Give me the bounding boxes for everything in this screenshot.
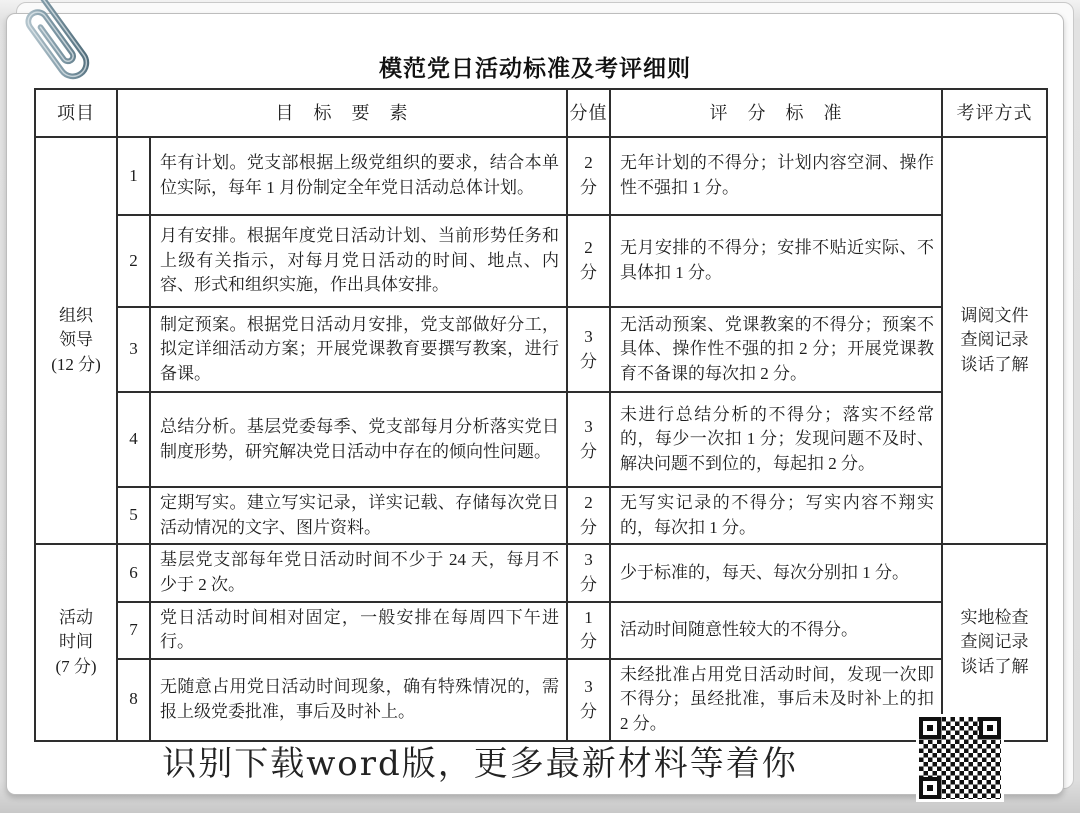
target-cell: 定期写实。建立写实记录，详实记载、存储每次党日活动情况的文字、图片资料。 <box>150 487 567 544</box>
target-cell: 月有安排。根据年度党日活动计划、当前形势任务和上级有关指示，对每月党日活动的时间… <box>150 215 567 307</box>
scanned-document-page: { "page": { "title": "模范党日活动标准及考评细则", "f… <box>0 0 1080 813</box>
score-unit: 分 <box>568 573 609 598</box>
qr-finder-icon <box>919 777 941 799</box>
row-number-cell: 5 <box>117 487 150 544</box>
criteria-cell: 无活动预案、党课教案的不得分；预案不具体、操作性不强的扣 2 分；开展党课教育不… <box>610 307 942 392</box>
score-unit: 分 <box>568 176 609 201</box>
target-cell: 无随意占用党日活动时间现象，确有特殊情况的，需报上级党委批准，事后及时补上。 <box>150 659 567 741</box>
column-header-method: 考评方式 <box>942 89 1047 137</box>
table-row: 8 无随意占用党日活动时间现象，确有特殊情况的，需报上级党委批准，事后及时补上。… <box>35 659 1047 741</box>
qr-finder-icon <box>919 717 941 739</box>
column-header-item: 项目 <box>35 89 117 137</box>
score-number: 1 <box>568 606 609 631</box>
criteria-cell: 少于标准的，每天、每次分别扣 1 分。 <box>610 544 942 601</box>
score-number: 2 <box>568 491 609 516</box>
criteria-cell: 无月安排的不得分；安排不贴近实际、不具体扣 1 分。 <box>610 215 942 307</box>
score-cell: 3 分 <box>567 659 610 741</box>
score-number: 2 <box>568 236 609 261</box>
download-promo-text: 识别下载word版，更多最新材料等着你 <box>97 736 863 785</box>
table-row: 5 定期写实。建立写实记录，详实记载、存储每次党日活动情况的文字、图片资料。 2… <box>35 487 1047 544</box>
column-header-score: 分值 <box>567 89 610 137</box>
score-cell: 3 分 <box>567 307 610 392</box>
score-unit: 分 <box>568 350 609 375</box>
score-number: 3 <box>568 548 609 573</box>
score-cell: 2 分 <box>567 215 610 307</box>
table-row: 2 月有安排。根据年度党日活动计划、当前形势任务和上级有关指示，对每月党日活动的… <box>35 215 1047 307</box>
qr-finder-icon <box>979 717 1001 739</box>
target-cell: 总结分析。基层党委每季、党支部每月分析落实党日制度形势，研究解决党日活动中存在的… <box>150 392 567 487</box>
row-number-cell: 1 <box>117 137 150 215</box>
method-cell: 调阅文件 查阅记录 谈话了解 <box>942 137 1047 544</box>
table-row: 7 党日活动时间相对固定，一般安排在每周四下午进行。 1 分 活动时间随意性较大… <box>35 602 1047 659</box>
target-cell: 基层党支部每年党日活动时间不少于 24 天，每月不少于 2 次。 <box>150 544 567 601</box>
row-number-cell: 2 <box>117 215 150 307</box>
row-number-cell: 3 <box>117 307 150 392</box>
table-row: 3 制定预案。根据党日活动月安排，党支部做好分工，拟定详细活动方案；开展党课教育… <box>35 307 1047 392</box>
target-cell: 年有计划。党支部根据上级党组织的要求，结合本单位实际，每年 1 月份制定全年党日… <box>150 137 567 215</box>
row-number-cell: 6 <box>117 544 150 601</box>
criteria-cell: 活动时间随意性较大的不得分。 <box>610 602 942 659</box>
score-unit: 分 <box>568 700 609 725</box>
score-unit: 分 <box>568 261 609 286</box>
criteria-cell: 无写实记录的不得分；写实内容不翔实的，每次扣 1 分。 <box>610 487 942 544</box>
method-cell: 实地检查 查阅记录 谈话了解 <box>942 544 1047 740</box>
score-number: 3 <box>568 675 609 700</box>
table-header-row: 项目 目 标 要 素 分值 评 分 标 准 考评方式 <box>35 89 1047 137</box>
score-cell: 2 分 <box>567 487 610 544</box>
document-page: 模范党日活动标准及考评细则 项目 目 标 要 素 分值 评 分 标 准 考评方式… <box>6 13 1064 795</box>
criteria-cell: 未进行总结分析的不得分；落实不经常的，每少一次扣 1 分；发现问题不及时、解决问… <box>610 392 942 487</box>
column-header-target: 目 标 要 素 <box>117 89 567 137</box>
qr-code <box>919 717 1001 799</box>
row-number-cell: 7 <box>117 602 150 659</box>
score-unit: 分 <box>568 440 609 465</box>
score-cell: 3 分 <box>567 392 610 487</box>
standards-table: 项目 目 标 要 素 分值 评 分 标 准 考评方式 组织 领导 (12 分) … <box>34 88 1048 742</box>
table-row: 4 总结分析。基层党委每季、党支部每月分析落实党日制度形势，研究解决党日活动中存… <box>35 392 1047 487</box>
target-cell: 党日活动时间相对固定，一般安排在每周四下午进行。 <box>150 602 567 659</box>
project-group-cell: 活动 时间 (7 分) <box>35 544 117 740</box>
column-header-criteria: 评 分 标 准 <box>610 89 942 137</box>
table-row: 组织 领导 (12 分) 1 年有计划。党支部根据上级党组织的要求，结合本单位实… <box>35 137 1047 215</box>
score-number: 3 <box>568 325 609 350</box>
score-cell: 1 分 <box>567 602 610 659</box>
project-group-cell: 组织 领导 (12 分) <box>35 137 117 544</box>
score-cell: 3 分 <box>567 544 610 601</box>
target-cell: 制定预案。根据党日活动月安排，党支部做好分工，拟定详细活动方案；开展党课教育要撰… <box>150 307 567 392</box>
score-number: 3 <box>568 415 609 440</box>
score-cell: 2 分 <box>567 137 610 215</box>
page-title: 模范党日活动标准及考评细则 <box>7 50 1063 83</box>
criteria-cell: 未经批准占用党日活动时间，发现一次即不得分；虽经批准，事后未及时补上的扣 2 分… <box>610 659 942 741</box>
row-number-cell: 4 <box>117 392 150 487</box>
score-unit: 分 <box>568 516 609 541</box>
score-unit: 分 <box>568 630 609 655</box>
table-row: 活动 时间 (7 分) 6 基层党支部每年党日活动时间不少于 24 天，每月不少… <box>35 544 1047 601</box>
criteria-cell: 无年计划的不得分；计划内容空洞、操作性不强扣 1 分。 <box>610 137 942 215</box>
row-number-cell: 8 <box>117 659 150 741</box>
score-number: 2 <box>568 151 609 176</box>
